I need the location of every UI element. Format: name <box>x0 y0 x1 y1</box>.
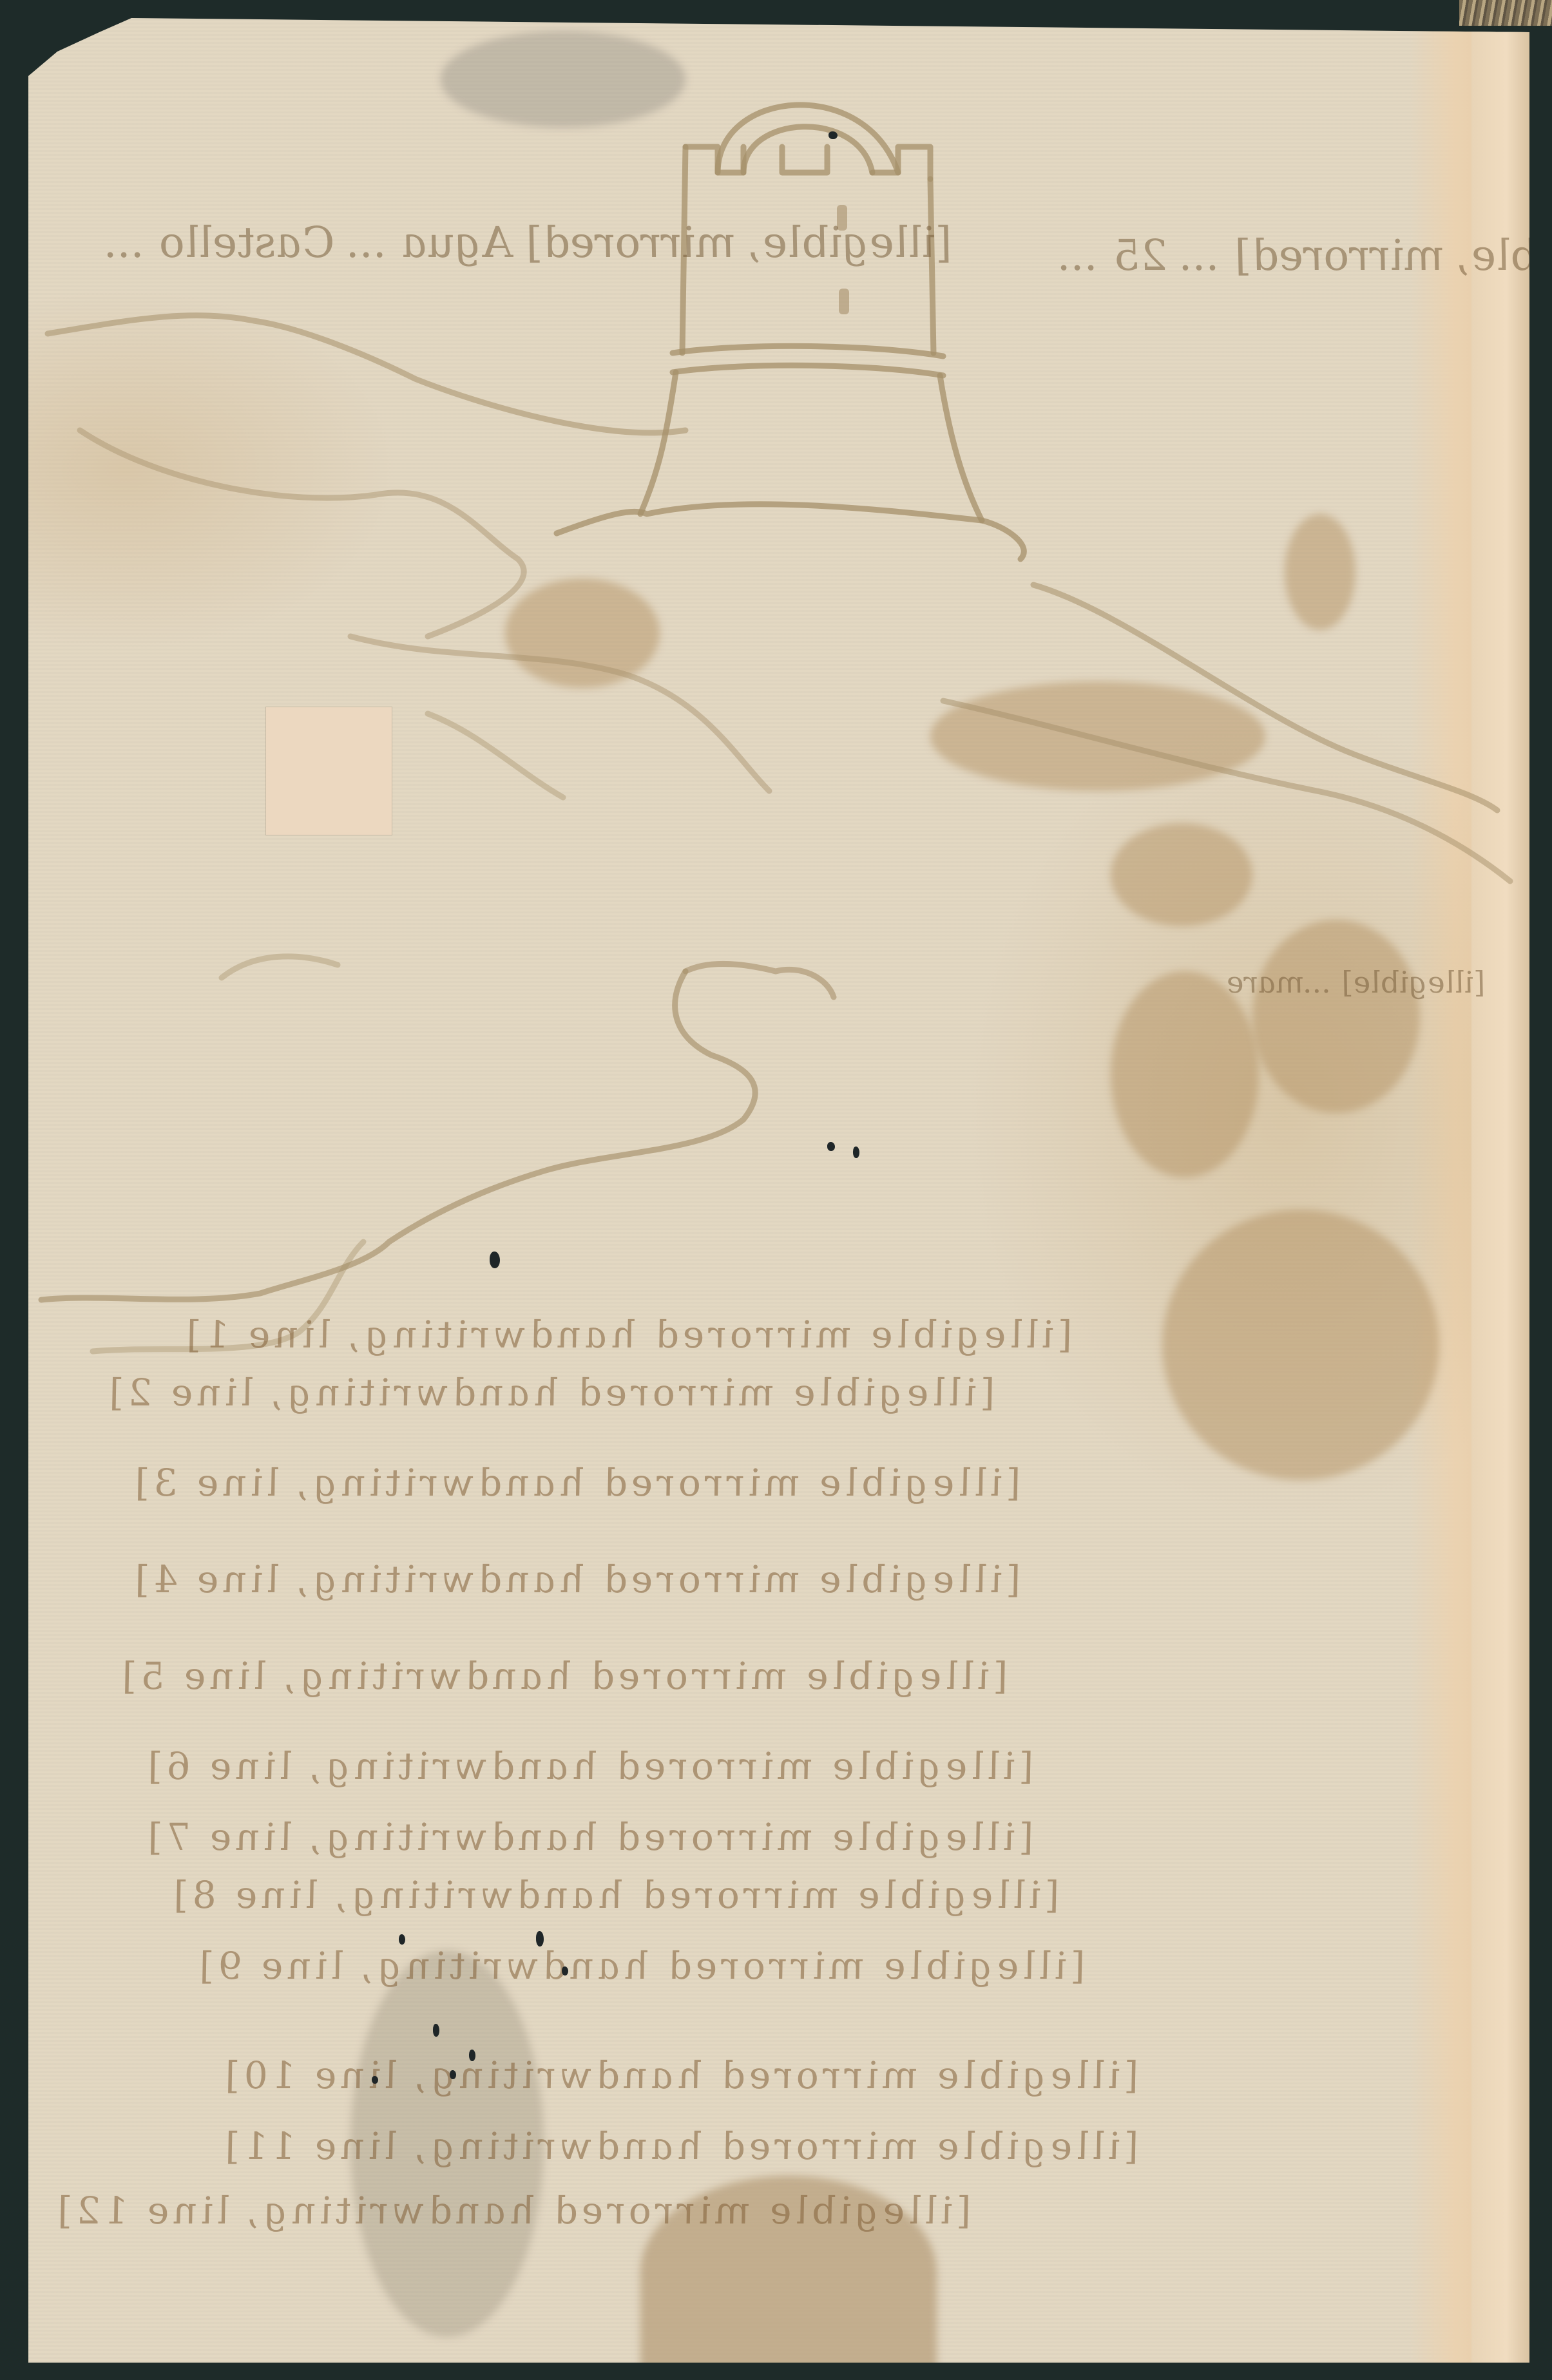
ink-speck <box>490 1252 500 1268</box>
text-line: [illegible mirrored handwriting, line 4] <box>127 1557 1026 1601</box>
ink-speck <box>450 2070 456 2079</box>
ink-speck <box>829 131 838 139</box>
text-line: [illegible mirrored handwriting, line 5] <box>114 1654 1013 1698</box>
ink-speck <box>372 2076 378 2084</box>
ink-speck <box>562 1966 568 1975</box>
book-spine-edge <box>1459 0 1552 26</box>
text-line: [illegible mirrored handwriting, line 3] <box>127 1461 1026 1505</box>
ink-speck <box>827 1142 835 1151</box>
ink-speck <box>469 2050 475 2061</box>
ink-speck <box>536 1931 544 1947</box>
handwritten-text-block: [illegible mirrored handwriting, line 1]… <box>28 18 1529 2363</box>
text-line: [illegible mirrored handwriting, line 11… <box>217 2124 1144 2168</box>
text-line: [illegible mirrored handwriting, line 12… <box>50 2189 976 2232</box>
text-line: [illegible mirrored handwriting, line 6] <box>140 1744 1039 1788</box>
text-line: [illegible mirrored handwriting, line 9] <box>191 1944 1090 1988</box>
ink-speck <box>853 1147 859 1158</box>
ink-speck <box>433 2024 439 2037</box>
text-line: [illegible mirrored handwriting, line 1] <box>178 1313 1077 1357</box>
text-line: [illegible mirrored handwriting, line 8] <box>166 1873 1064 1917</box>
text-line: [illegible mirrored handwriting, line 7] <box>140 1815 1039 1859</box>
ink-speck <box>399 1934 405 1945</box>
manuscript-page: [illegible, mirrored] Agua ... Castello … <box>28 18 1529 2363</box>
text-line: [illegible mirrored handwriting, line 10… <box>217 2053 1144 2097</box>
text-line: [illegible mirrored handwriting, line 2] <box>101 1371 1000 1414</box>
